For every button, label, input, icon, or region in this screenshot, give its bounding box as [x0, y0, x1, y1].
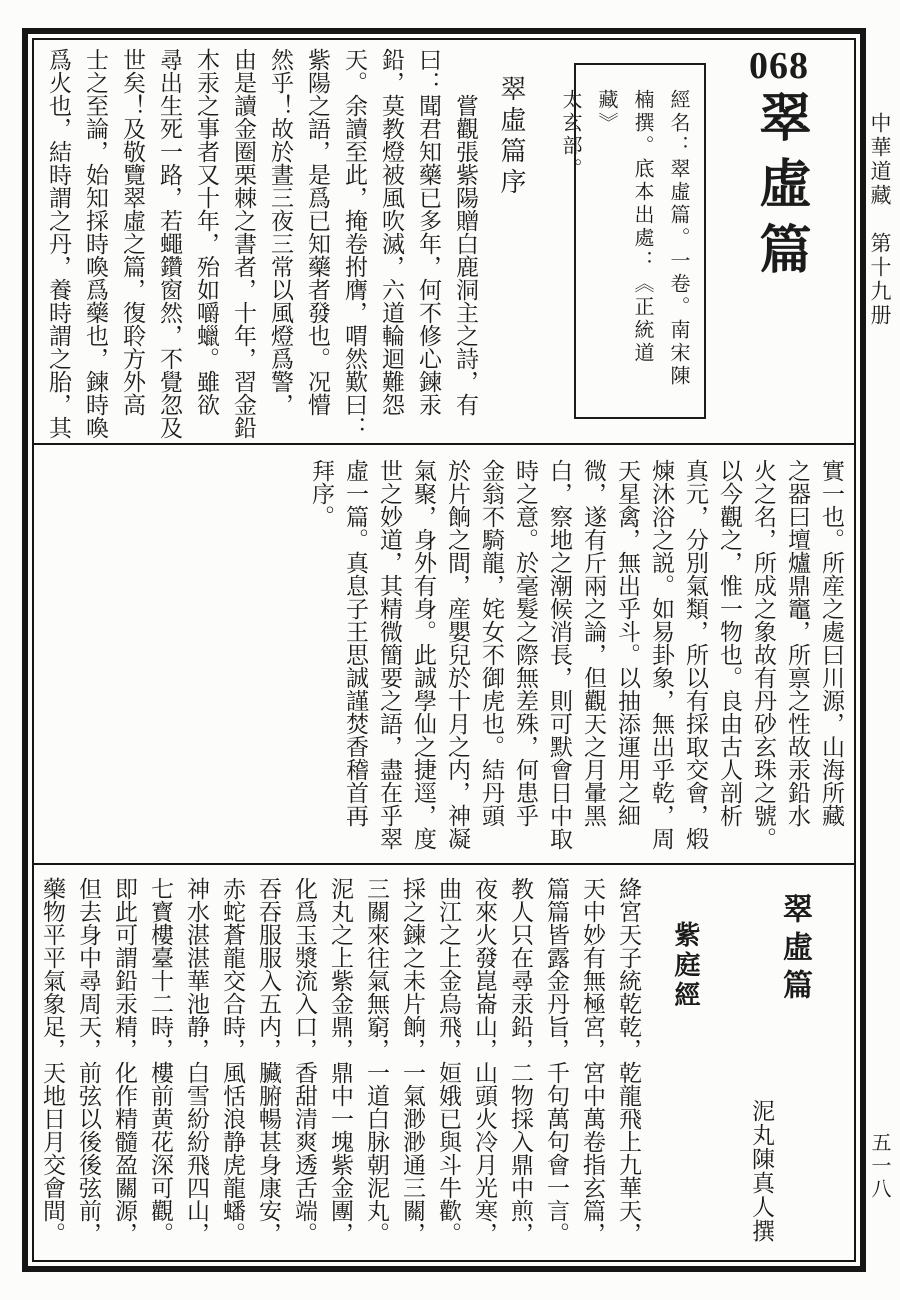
scanned-book-page: 中華道藏 第十九册 五一八 068 翠虛篇 經名：翠虛篇。一卷。南宋陳 楠撰。底… — [0, 0, 900, 1300]
document-header: 068 翠虛篇 — [744, 46, 814, 288]
page-frame-outer: 068 翠虛篇 經名：翠虛篇。一卷。南宋陳 楠撰。底本出處：《正統道藏》 太玄部… — [22, 28, 866, 1272]
preface-title: 翠虛篇序 — [493, 75, 530, 199]
main-text-title: 翠虛篇 — [772, 893, 816, 1007]
chapter-title: 紫庭經 — [667, 921, 704, 1011]
right-margin-strip: 中華道藏 第十九册 五一八 — [866, 0, 900, 1300]
chapter-text: 絳宮天子統乾乾，乾龍飛上九華天， 天中妙有無極宮，宮中萬卷指玄篇， 篇篇皆露金丹… — [34, 877, 646, 1258]
author-attribution: 泥丸陳真人撰 — [745, 1099, 778, 1243]
middle-band: 實一也。所産之處曰川源，山海所藏 之器曰壇爐鼎竈，所禀之性故汞鉛水 火之名，所成… — [34, 445, 854, 865]
page-frame-inner: 068 翠虛篇 經名：翠虛篇。一卷。南宋陳 楠撰。底本出處：《正統道藏》 太玄部… — [32, 38, 856, 1262]
preface-text-part1: 嘗觀張紫陽贈白鹿洞主之詩，有 曰：聞君知藥已多年，何不修心鍊汞 鉛，莫教燈被風吹… — [40, 48, 484, 444]
top-band: 068 翠虛篇 經名：翠虛篇。一卷。南宋陳 楠撰。底本出處：《正統道藏》 太玄部… — [34, 40, 854, 445]
preface-text-part2: 實一也。所産之處曰川源，山海所藏 之器曰壇爐鼎竈，所禀之性故汞鉛水 火之名，所成… — [304, 459, 848, 859]
bottom-band: 翠虛篇 泥丸陳真人撰 紫庭經 絳宮天子統乾乾，乾龍飛上九華天， 天中妙有無極宮，… — [34, 865, 854, 1258]
page-number: 五一八 — [865, 1132, 894, 1201]
series-title: 中華道藏 第十九册 — [865, 112, 895, 328]
bibliographic-note-box: 經名：翠虛篇。一卷。南宋陳 楠撰。底本出處：《正統道藏》 太玄部。 — [574, 63, 706, 419]
book-title: 翠虛篇 — [753, 90, 805, 288]
catalog-number: 068 — [749, 46, 809, 88]
